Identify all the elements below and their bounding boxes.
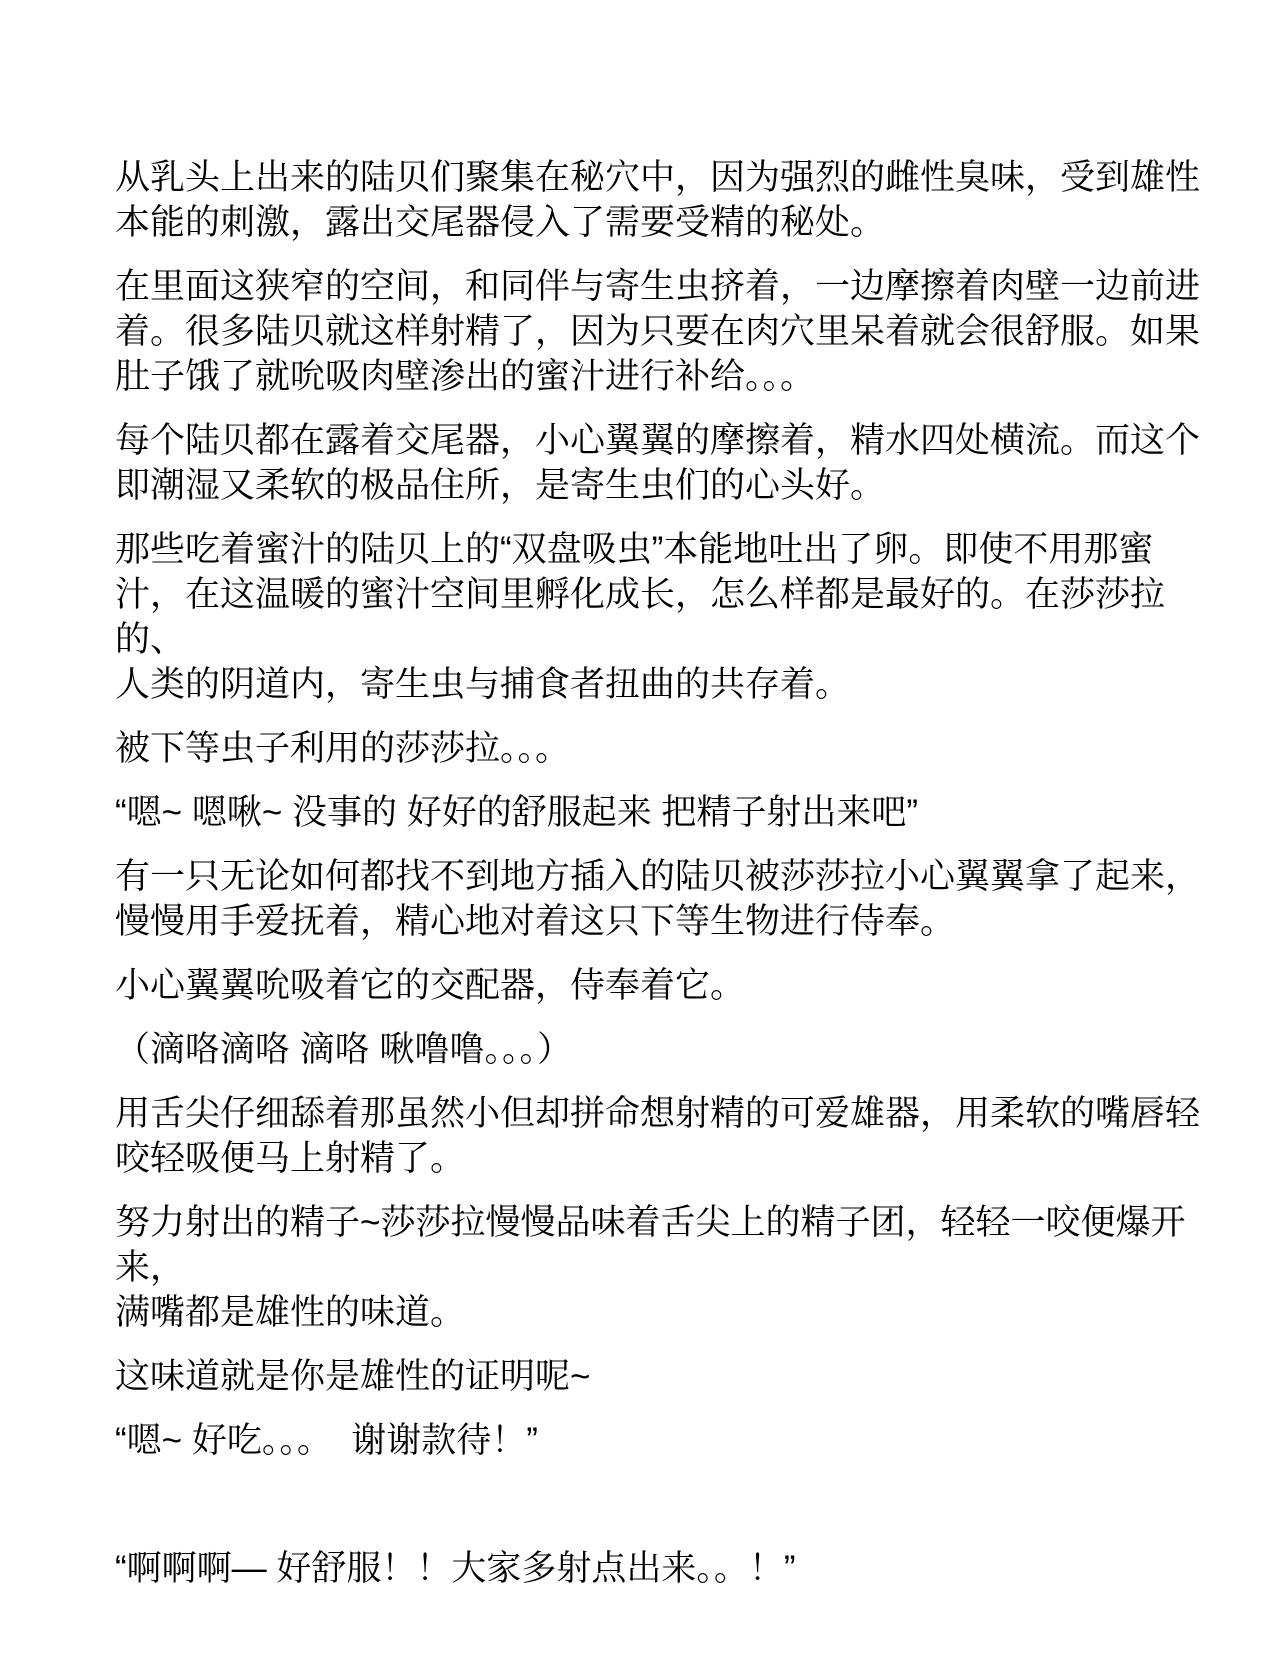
paragraph: “嗯~ 好吃。。。 谢谢款待！” — [115, 1418, 1210, 1463]
text-line: 小心翼翼吮吸着它的交配器，侍奉着它。 — [115, 963, 1210, 1008]
text-line: 着。很多陆贝就这样射精了，因为只要在肉穴里呆着就会很舒服。如果 — [115, 309, 1210, 354]
paragraph: 这味道就是你是雄性的证明呢~ — [115, 1354, 1210, 1399]
paragraph: “嗯~ 嗯啾~ 没事的 好好的舒服起来 把精子射出来吧” — [115, 790, 1210, 835]
paragraph: 努力射出的精子~莎莎拉慢慢品味着舌尖上的精子团，轻轻一咬便爆开来，满嘴都是雄性的… — [115, 1200, 1210, 1335]
text-line: 这味道就是你是雄性的证明呢~ — [115, 1354, 1210, 1399]
text-line: 汁，在这温暖的蜜汁空间里孵化成长，怎么样都是最好的。在莎莎拉的、 — [115, 572, 1210, 662]
paragraph: 每个陆贝都在露着交尾器，小心翼翼的摩擦着，精水四处横流。而这个即潮湿又柔软的极品… — [115, 418, 1210, 508]
text-line: （滴咯滴咯 滴咯 啾噜噜。。。） — [115, 1027, 1210, 1072]
paragraph: “啊啊啊— 好舒服！！大家多射点出来。。！” — [115, 1546, 1210, 1591]
text-line: “嗯~ 嗯啾~ 没事的 好好的舒服起来 把精子射出来吧” — [115, 790, 1210, 835]
document-page: 从乳头上出来的陆贝们聚集在秘穴中，因为强烈的雌性臭味，受到雄性本能的刺激，露出交… — [0, 0, 1280, 1656]
text-line: 满嘴都是雄性的味道。 — [115, 1290, 1210, 1335]
paragraph: 有一只无论如何都找不到地方插入的陆贝被莎莎拉小心翼翼拿了起来，慢慢用手爱抚着，精… — [115, 854, 1210, 944]
paragraph: 从乳头上出来的陆贝们聚集在秘穴中，因为强烈的雌性臭味，受到雄性本能的刺激，露出交… — [115, 155, 1210, 245]
text-line: 即潮湿又柔软的极品住所，是寄生虫们的心头好。 — [115, 463, 1210, 508]
text-line: 那些吃着蜜汁的陆贝上的“双盘吸虫”本能地吐出了卵。即使不用那蜜 — [115, 527, 1210, 572]
text-line: “啊啊啊— 好舒服！！大家多射点出来。。！” — [115, 1546, 1210, 1591]
text-line: 慢慢用手爱抚着，精心地对着这只下等生物进行侍奉。 — [115, 899, 1210, 944]
text-line: 每个陆贝都在露着交尾器，小心翼翼的摩擦着，精水四处横流。而这个 — [115, 418, 1210, 463]
text-line: 被下等虫子利用的莎莎拉。。。 — [115, 726, 1210, 771]
text-line: 肚子饿了就吮吸肉壁渗出的蜜汁进行补给。。。 — [115, 354, 1210, 399]
paragraph: 那些吃着蜜汁的陆贝上的“双盘吸虫”本能地吐出了卵。即使不用那蜜汁，在这温暖的蜜汁… — [115, 527, 1210, 707]
text-line: 在里面这狭窄的空间，和同伴与寄生虫挤着，一边摩擦着肉壁一边前进 — [115, 264, 1210, 309]
paragraph: 被下等虫子利用的莎莎拉。。。 — [115, 726, 1210, 771]
paragraph: 在里面这狭窄的空间，和同伴与寄生虫挤着，一边摩擦着肉壁一边前进着。很多陆贝就这样… — [115, 264, 1210, 399]
text-line: “嗯~ 好吃。。。 谢谢款待！” — [115, 1418, 1210, 1463]
text-line: 咬轻吸便马上射精了。 — [115, 1136, 1210, 1181]
text-line: 本能的刺激，露出交尾器侵入了需要受精的秘处。 — [115, 200, 1210, 245]
text-line: 努力射出的精子~莎莎拉慢慢品味着舌尖上的精子团，轻轻一咬便爆开来， — [115, 1200, 1210, 1290]
paragraph: 小心翼翼吮吸着它的交配器，侍奉着它。 — [115, 963, 1210, 1008]
text-line: 从乳头上出来的陆贝们聚集在秘穴中，因为强烈的雌性臭味，受到雄性 — [115, 155, 1210, 200]
blank-line — [115, 1482, 1210, 1527]
paragraph: （滴咯滴咯 滴咯 啾噜噜。。。） — [115, 1027, 1210, 1072]
text-line: 用舌尖仔细舔着那虽然小但却拼命想射精的可爱雄器，用柔软的嘴唇轻 — [115, 1091, 1210, 1136]
text-content: 从乳头上出来的陆贝们聚集在秘穴中，因为强烈的雌性臭味，受到雄性本能的刺激，露出交… — [115, 155, 1210, 1610]
text-line: 有一只无论如何都找不到地方插入的陆贝被莎莎拉小心翼翼拿了起来， — [115, 854, 1210, 899]
text-line: 人类的阴道内，寄生虫与捕食者扭曲的共存着。 — [115, 662, 1210, 707]
paragraph: 用舌尖仔细舔着那虽然小但却拼命想射精的可爱雄器，用柔软的嘴唇轻咬轻吸便马上射精了… — [115, 1091, 1210, 1181]
